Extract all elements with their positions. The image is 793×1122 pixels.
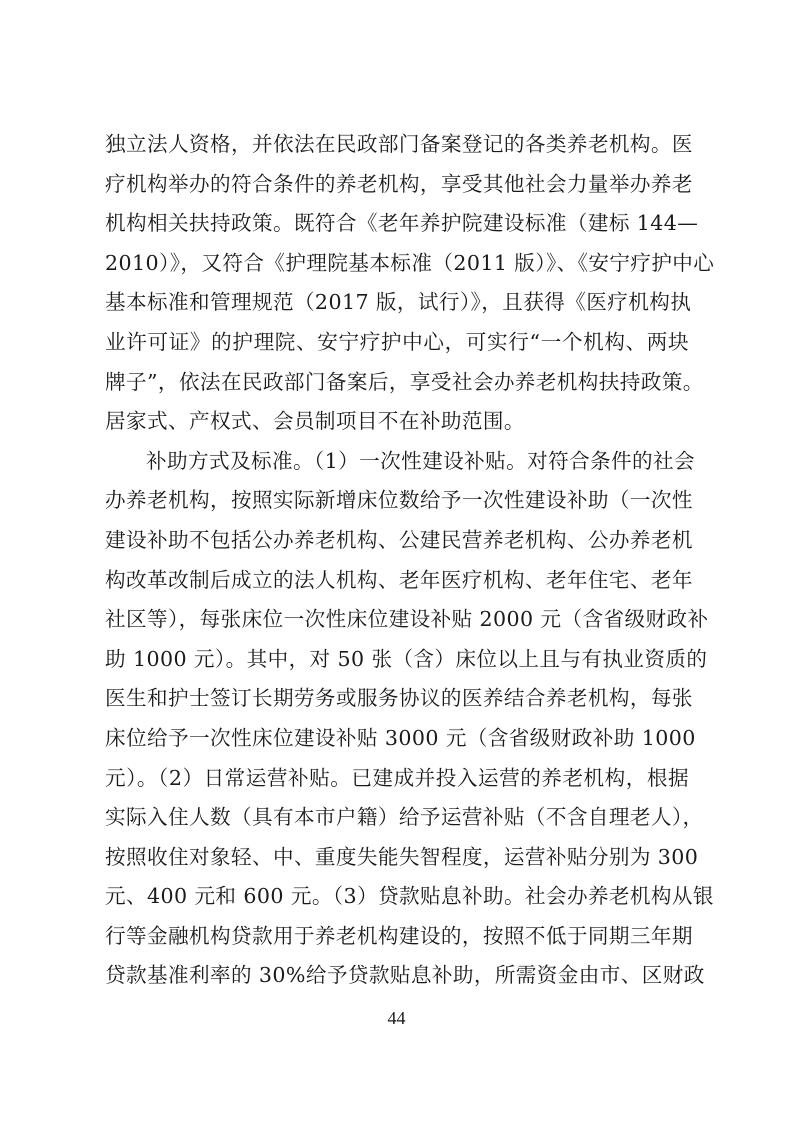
text-line: 业许可证》的护理院、安宁疗护中心，可实行“一个机构、两块 — [105, 323, 689, 363]
text-line: 独立法人资格，并依法在民政部门备案登记的各类养老机构。医 — [105, 125, 689, 165]
text-line: 医生和护士签订长期劳务或服务协议的医养结合养老机构，每张 — [105, 679, 689, 719]
text-line: 元、400 元和 600 元。（3）贷款贴息补助。社会办养老机构从银 — [105, 877, 689, 917]
text-line: 2010）》，又符合《护理院基本标准（2011 版）》、《安宁疗护中心 — [105, 244, 689, 284]
text-line: 构改革改制后成立的法人机构、老年医疗机构、老年住宅、老年 — [105, 561, 689, 601]
text-line: 实际入住人数（具有本市户籍）给予运营补贴（不含自理老人）， — [105, 798, 689, 838]
text-line: 按照收住对象轻、中、重度失能失智程度，运营补贴分别为 300 — [105, 838, 689, 878]
text-line: 建设补助不包括公办养老机构、公建民营养老机构、公办养老机 — [105, 521, 689, 561]
text-line: 基本标准和管理规范（2017 版，试行）》，且获得《医疗机构执 — [105, 283, 689, 323]
text-line: 疗机构举办的符合条件的养老机构，享受其他社会力量举办养老 — [105, 165, 689, 205]
text-line: 行等金融机构贷款用于养老机构建设的，按照不低于同期三年期 — [105, 917, 689, 957]
paragraph-end-line: 居家式、产权式、会员制项目不在补助范围。 — [105, 402, 689, 442]
text-line: 元）。（2）日常运营补贴。已建成并投入运营的养老机构，根据 — [105, 759, 689, 799]
document-body: 独立法人资格，并依法在民政部门备案登记的各类养老机构。医 疗机构举办的符合条件的… — [105, 125, 689, 996]
text-line: 贷款基准利率的 30%给予贷款贴息补助，所需资金由市、区财政 — [105, 956, 689, 996]
text-line: 机构相关扶持政策。既符合《老年养护院建设标准（建标 144— — [105, 204, 689, 244]
paragraph-start-line: 补助方式及标准。（1）一次性建设补贴。对符合条件的社会 — [105, 442, 689, 482]
text-line: 床位给予一次性床位建设补贴 3000 元（含省级财政补助 1000 — [105, 719, 689, 759]
text-line: 办养老机构，按照实际新增床位数给予一次性建设补助（一次性 — [105, 481, 689, 521]
text-line: 助 1000 元）。其中，对 50 张（含）床位以上且与有执业资质的 — [105, 640, 689, 680]
text-line: 牌子”，依法在民政部门备案后，享受社会办养老机构扶持政策。 — [105, 363, 689, 403]
text-line: 社区等），每张床位一次性床位建设补贴 2000 元（含省级财政补 — [105, 600, 689, 640]
page-number: 44 — [0, 1008, 793, 1029]
